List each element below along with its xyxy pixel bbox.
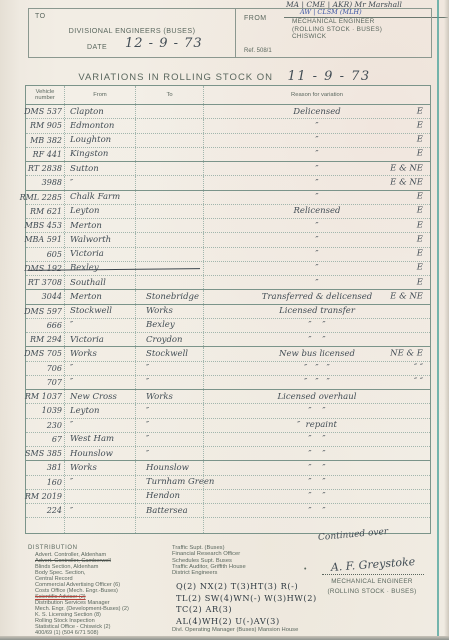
from-cell: ″: [65, 504, 136, 517]
from-cell: Bexley: [65, 262, 136, 275]
reason-text: Licensed overhaul: [278, 392, 357, 402]
from-box: FROM MECHANICAL ENGINEER (ROLLING STOCK …: [236, 8, 432, 58]
table-row: DMS 597 Stockwell Works Licensed transfe…: [26, 305, 430, 319]
vehicle-header-line2: number: [35, 95, 55, 101]
table-row: 381 Works Hounslow ″ ″: [26, 461, 430, 475]
from-cell: Hounslow: [65, 447, 136, 460]
paper-right-edge: [444, 0, 449, 640]
from-cell: ″: [65, 319, 136, 332]
divl-operating-manager-line: Divl. Operating Manager (Buses) Mansion …: [172, 627, 298, 633]
to-cell: [136, 205, 204, 218]
from-cell: ″: [65, 476, 136, 489]
to-cell: [136, 219, 204, 232]
to-cell: [136, 518, 204, 532]
to-cell: [136, 105, 204, 118]
vehicle-number-cell: 160: [26, 476, 65, 489]
signature-dot: •: [304, 566, 306, 573]
date-label: DATE: [87, 44, 107, 51]
reason-text: ″ repaint: [297, 420, 337, 430]
signatory-title-line2: (ROLLING STOCK · BUSES): [300, 587, 444, 597]
reason-cell: ″ ″: [204, 476, 430, 489]
from-cell: Works: [65, 347, 136, 360]
vehicle-number-cell: 230: [26, 419, 65, 432]
licence-mark: E: [417, 277, 423, 287]
to-cell: [136, 262, 204, 275]
vehicle-number-cell: RM 621: [26, 205, 65, 218]
licence-mark: E: [417, 234, 423, 244]
reason-cell: ″ E: [204, 148, 430, 161]
reason-text: ″: [315, 249, 318, 259]
vehicle-number-cell: RM 2019: [26, 490, 65, 503]
to-value: DIVISIONAL ENGINEERS (BUSES): [29, 26, 235, 35]
to-cell: Stonebridge: [136, 290, 204, 303]
to-cell: Works: [136, 305, 204, 318]
recipients-list: Traffic Supt. (Buses) Financial Research…: [172, 545, 302, 576]
vehicle-header-line1: Vehicle: [36, 89, 55, 95]
from-cell: Edmonton: [65, 119, 136, 132]
reason-text: ″: [315, 263, 318, 273]
licence-mark: E: [417, 206, 423, 216]
to-cell: Works: [136, 390, 204, 403]
from-address-line1: MECHANICAL ENGINEER: [292, 18, 382, 26]
to-label: TO: [35, 13, 46, 20]
to-header: To: [136, 86, 204, 104]
reason-text: ″ ″: [308, 491, 325, 501]
vehicle-number-cell: RM 1037: [26, 390, 65, 403]
vehicle-number-cell: 381: [26, 461, 65, 474]
reason-cell: ″ ″ ″ ″ ″: [204, 362, 430, 375]
reason-cell: Licensed overhaul: [204, 390, 430, 403]
form-title-date-handwritten: 11 - 9 - 73: [287, 69, 370, 84]
from-cell: Merton: [65, 219, 136, 232]
vehicle-number-cell: RT 3708: [26, 276, 65, 289]
from-label: FROM: [244, 15, 267, 22]
reason-text: ″ ″: [308, 463, 325, 473]
licence-mark: E & NE: [390, 177, 423, 187]
reason-cell: Delicensed E: [204, 105, 430, 118]
to-cell: ″: [136, 404, 204, 417]
table-row: 605 Victoria ″ E: [26, 248, 430, 262]
form-title: VARIATIONS IN ROLLING STOCK ON 11 - 9 - …: [0, 67, 449, 85]
vehicle-number-cell: [26, 518, 65, 532]
reason-cell: ″ ″: [204, 319, 430, 332]
right-margin-rule: [437, 0, 439, 640]
reason-text: ″ ″: [308, 434, 325, 444]
ref-number: Ref. 508/1: [244, 48, 272, 54]
reason-text: ″: [315, 121, 318, 131]
from-cell: Merton: [65, 290, 136, 303]
table-row: 666 ″ Bexley ″ ″: [26, 319, 430, 333]
reason-text: ″ ″: [308, 406, 325, 416]
vehicle-number-cell: 707: [26, 376, 65, 389]
table-row: RM 621 Leyton Relicensed E: [26, 205, 430, 219]
reason-text: Licensed transfer: [279, 306, 355, 316]
from-cell: New Cross: [65, 390, 136, 403]
distribution-heading: DISTRIBUTION: [28, 545, 178, 551]
to-cell: Hounslow: [136, 461, 204, 474]
garage-codes-line1: Q(2) NX(2) T(3)HT(3) R(-): [176, 581, 317, 593]
table-body: DMS 537 Clapton Delicensed E RM 905 Edmo…: [26, 105, 430, 533]
to-cell: [136, 148, 204, 161]
licence-mark: E: [417, 106, 423, 116]
licence-mark: E: [417, 192, 423, 202]
signatory-title-line1: MECHANICAL ENGINEER: [300, 577, 444, 587]
reason-cell: ″ ″: [204, 461, 430, 474]
to-cell: [136, 276, 204, 289]
to-cell: ″: [136, 433, 204, 446]
from-cell: Sutton: [65, 162, 136, 175]
reason-header: Reason for variation: [204, 86, 430, 104]
reason-cell: Licensed transfer: [204, 305, 430, 318]
table-row: 230 ″ ″ ″ repaint: [26, 419, 430, 433]
from-cell: ″: [65, 376, 136, 389]
signature-line: [322, 574, 424, 575]
table-row: MBA 591 Walworth ″ E: [26, 233, 430, 247]
table-row: 3988 ″ ″ E & NE: [26, 176, 430, 190]
to-cell: [136, 233, 204, 246]
reason-cell: ″ E: [204, 262, 430, 275]
table-row: DMS 705 Works Stockwell New bus licensed…: [26, 347, 430, 361]
reason-cell: ″ ″: [204, 504, 430, 517]
to-cell: Battersea: [136, 504, 204, 517]
vehicle-number-cell: 666: [26, 319, 65, 332]
table-row: DMS 537 Clapton Delicensed E: [26, 105, 430, 119]
reason-text: Transferred & delicensed: [262, 292, 372, 302]
to-cell: Hendon: [136, 490, 204, 503]
reason-cell: [204, 518, 430, 532]
to-cell: [136, 134, 204, 147]
vehicle-number-header: Vehicle number: [26, 86, 65, 104]
vehicle-number-cell: 3988: [26, 176, 65, 189]
reason-cell: ″ E & NE: [204, 162, 430, 175]
reason-cell: ″ ″: [204, 333, 430, 346]
table-row: SMS 385 Hounslow ″ ″ ″: [26, 447, 430, 461]
reason-cell: ″ E: [204, 248, 430, 261]
from-header: From: [65, 86, 136, 104]
to-cell: Stockwell: [136, 347, 204, 360]
reason-cell: ″ ″: [204, 490, 430, 503]
reason-text: ″: [315, 235, 318, 245]
reason-text: ″: [315, 135, 318, 145]
reason-cell: ″ E & NE: [204, 176, 430, 189]
table-row: MB 382 Loughton ″ E: [26, 134, 430, 148]
table-row: RM 294 Victoria Croydon ″ ″: [26, 333, 430, 347]
from-cell: Victoria: [65, 333, 136, 346]
reason-cell: ″ ″ ″ ″ ″: [204, 376, 430, 389]
reason-cell: Transferred & delicensed E & NE: [204, 290, 430, 303]
vehicle-number-cell: 224: [26, 504, 65, 517]
table-row: 1039 Leyton ″ ″ ″: [26, 404, 430, 418]
reason-cell: Relicensed E: [204, 205, 430, 218]
scanned-form-page: MA | CME | AKR) Mr Marshall AW | CLSM (M…: [0, 0, 449, 640]
to-cell: Turnham Green: [136, 476, 204, 489]
from-cell: ″: [65, 362, 136, 375]
garage-codes-line2: TL(2) SW(4)WN(-) W(3)HW(2): [176, 593, 317, 605]
from-cell: ″: [65, 419, 136, 432]
from-address: MECHANICAL ENGINEER (ROLLING STOCK · BUS…: [292, 18, 382, 41]
vehicle-number-cell: MBS 453: [26, 219, 65, 232]
to-cell: [136, 162, 204, 175]
to-cell: ″: [136, 362, 204, 375]
vehicle-number-cell: RM 294: [26, 333, 65, 346]
reason-cell: ″ E: [204, 134, 430, 147]
to-box: TO DIVISIONAL ENGINEERS (BUSES) DATE 12 …: [28, 8, 236, 58]
from-cell: Clapton: [65, 105, 136, 118]
licence-mark: E: [417, 149, 423, 159]
table-row: RM 2019 Hendon ″ ″: [26, 490, 430, 504]
licence-mark: NE & E: [390, 348, 423, 358]
distribution-list: Advert. Controller, AldenhamAdvert. Cont…: [28, 552, 178, 636]
reason-cell: ″ E: [204, 276, 430, 289]
licence-mark: ″ ″: [414, 363, 423, 373]
from-cell: [65, 490, 136, 503]
form-title-printed: VARIATIONS IN ROLLING STOCK ON: [78, 72, 273, 83]
licence-mark: ″ ″: [414, 377, 423, 387]
reason-text: New bus licensed: [279, 349, 355, 359]
vehicle-number-cell: DMS 705: [26, 347, 65, 360]
reason-text: ″ ″: [308, 477, 325, 487]
vehicle-number-cell: 1039: [26, 404, 65, 417]
reason-text: ″ ″: [308, 335, 325, 345]
table-row: MBS 453 Merton ″ E: [26, 219, 430, 233]
reason-cell: New bus licensed NE & E: [204, 347, 430, 360]
licence-mark: E: [417, 263, 423, 273]
licence-mark: E: [417, 120, 423, 130]
from-cell: Works: [65, 461, 136, 474]
reason-cell: ″ ″: [204, 447, 430, 460]
garage-codes-line4: AL(4)WH(2) U(-)AV(3): [176, 616, 317, 628]
from-cell: Walworth: [65, 233, 136, 246]
reason-cell: ″ E: [204, 119, 430, 132]
licence-mark: E & NE: [390, 291, 423, 301]
vehicle-number-cell: 706: [26, 362, 65, 375]
reason-text: ″: [315, 278, 318, 288]
paper-bottom-edge: [0, 636, 449, 640]
from-cell: ″: [65, 176, 136, 189]
to-cell: ″: [136, 447, 204, 460]
reason-text: ″: [315, 178, 318, 188]
to-cell: [136, 248, 204, 261]
reason-text: ″: [315, 221, 318, 231]
vehicle-number-cell: DMS 192: [26, 262, 65, 275]
vehicle-number-cell: DMS 597: [26, 305, 65, 318]
from-cell: Kingston: [65, 148, 136, 161]
to-cell: [136, 119, 204, 132]
to-cell: Bexley: [136, 319, 204, 332]
to-cell: [136, 191, 204, 204]
table-row: 224 ″ Battersea ″ ″: [26, 504, 430, 518]
reason-text: Relicensed: [294, 206, 341, 216]
from-cell: Leyton: [65, 205, 136, 218]
to-cell: ″: [136, 376, 204, 389]
vehicle-number-cell: RM 905: [26, 119, 65, 132]
reason-text: ″ ″: [308, 449, 325, 459]
vehicle-number-cell: RF 441: [26, 148, 65, 161]
vehicle-number-cell: DMS 537: [26, 105, 65, 118]
vehicle-number-cell: RML 2285: [26, 191, 65, 204]
table-row: 160 ″ Turnham Green ″ ″: [26, 476, 430, 490]
from-cell: Stockwell: [65, 305, 136, 318]
to-cell: ″: [136, 419, 204, 432]
reason-text: ″ ″ ″: [304, 363, 330, 373]
vehicle-number-cell: MB 382: [26, 134, 65, 147]
table-row: RM 905 Edmonton ″ E: [26, 119, 430, 133]
from-address-line2: (ROLLING STOCK · BUSES): [292, 26, 382, 34]
licence-mark: E & NE: [390, 163, 423, 173]
from-cell: Leyton: [65, 404, 136, 417]
garage-codes: Q(2) NX(2) T(3)HT(3) R(-) TL(2) SW(4)WN(…: [176, 581, 317, 627]
table-row: 3044 Merton Stonebridge Transferred & de…: [26, 290, 430, 304]
vehicle-number-cell: MBA 591: [26, 233, 65, 246]
reason-cell: ″ E: [204, 233, 430, 246]
table-row: RM 1037 New Cross Works Licensed overhau…: [26, 390, 430, 404]
from-cell: [65, 518, 136, 532]
date-value-handwritten: 12 - 9 - 73: [125, 36, 203, 51]
table-row: RT 2838 Sutton ″ E & NE: [26, 162, 430, 176]
variations-table: Vehicle number From To Reason for variat…: [25, 85, 431, 534]
table-row: DMS 192 Bexley ″ E: [26, 262, 430, 276]
reason-text: Delicensed: [293, 107, 340, 117]
from-cell: Loughton: [65, 134, 136, 147]
reason-cell: ″ ″: [204, 404, 430, 417]
from-cell: West Ham: [65, 433, 136, 446]
reason-text: ″ ″: [308, 506, 325, 516]
table-row: RF 441 Kingston ″ E: [26, 148, 430, 162]
licence-mark: E: [417, 249, 423, 259]
to-cell: Croydon: [136, 333, 204, 346]
reason-text: ″ ″: [308, 320, 325, 330]
licence-mark: E: [417, 135, 423, 145]
distribution-block: DISTRIBUTION Advert. Controller, Aldenha…: [28, 545, 178, 636]
to-cell: [136, 176, 204, 189]
from-cell: Victoria: [65, 248, 136, 261]
garage-codes-line3: TC(2) AR(3): [176, 604, 317, 616]
vehicle-number-cell: 605: [26, 248, 65, 261]
licence-mark: E: [417, 220, 423, 230]
reason-cell: ″ E: [204, 219, 430, 232]
vehicle-number-cell: 3044: [26, 290, 65, 303]
reason-cell: ″ E: [204, 191, 430, 204]
reason-text: ″: [315, 164, 318, 174]
vehicle-number-cell: SMS 385: [26, 447, 65, 460]
from-cell: Southall: [65, 276, 136, 289]
table-row: 706 ″ ″ ″ ″ ″ ″ ″: [26, 362, 430, 376]
from-address-line3: CHISWICK: [292, 33, 382, 41]
reason-text: ″: [315, 192, 318, 202]
table-row: 707 ″ ″ ″ ″ ″ ″ ″: [26, 376, 430, 390]
table-header-row: Vehicle number From To Reason for variat…: [26, 86, 430, 105]
table-row: 67 West Ham ″ ″ ″: [26, 433, 430, 447]
reason-cell: ″ ″: [204, 433, 430, 446]
reason-cell: ″ repaint: [204, 419, 430, 432]
reason-text: ″ ″ ″: [304, 377, 330, 387]
table-row: RML 2285 Chalk Farm ″ E: [26, 191, 430, 205]
reason-text: ″: [315, 149, 318, 159]
vehicle-number-cell: 67: [26, 433, 65, 446]
signatory-title: MECHANICAL ENGINEER (ROLLING STOCK · BUS…: [300, 577, 444, 596]
recipient-item: District Engineers: [172, 570, 302, 576]
signature-script: A. F. Greystoke: [318, 554, 429, 575]
vehicle-number-cell: RT 2838: [26, 162, 65, 175]
table-row: RT 3708 Southall ″ E: [26, 276, 430, 290]
from-cell: Chalk Farm: [65, 191, 136, 204]
